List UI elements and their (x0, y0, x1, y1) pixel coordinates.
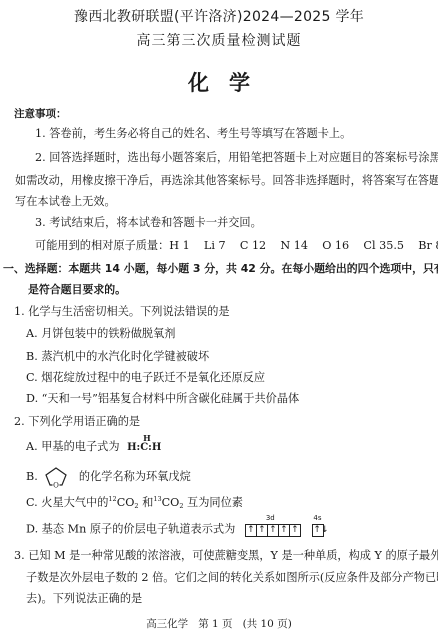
question-3-stem-cont: 子数是次外层电子数的 2 倍。它们之间的转化关系如图所示(反应条件及部分产物已略 (26, 571, 438, 585)
orbital-box: ↑↓ (312, 524, 324, 537)
svg-text:O: O (53, 482, 59, 489)
question-2-option-a: A. 甲基的电子式为 H H:C:H (26, 440, 161, 455)
question-2-option-b: B. O 的化学名称为环氧戊烷 (26, 466, 191, 488)
orbital-diagram-3d: 3d ↑↑↑↑↑ (245, 522, 301, 537)
question-1-option-c: C. 烟花绽放过程中的电子跃迁不是氧化还原反应 (26, 371, 265, 385)
question-3-stem: 3. 已知 M 是一种常见酸的浓溶液，可使蔗糖变黑，Y 是一种单质，构成 Y 的… (14, 549, 438, 563)
notice-item-3: 3. 考试结束后，将本试卷和答题卡一并交回。 (35, 216, 262, 230)
atomic-mass-label: 可能用到的相对原子质量： (35, 239, 169, 252)
page-footer: 高三化学 第 1 页 (共 10 页) (0, 617, 438, 631)
co-formula-1: CO (117, 496, 135, 509)
notice-item-2: 2. 回答选择题时，选出每小题答案后，用铅笔把答题卡上对应题目的答案标号涂黑。 (35, 151, 438, 165)
question-2-option-c: C. 火星大气中的12CO2 和13CO2 互为同位素 (26, 496, 243, 510)
isotope-12: 12 (108, 495, 116, 503)
option-c-and: 和 (139, 496, 154, 509)
atomic-mass-values: H 1 Li 7 C 12 N 14 O 16 Cl 35.5 Br 80 (169, 239, 438, 252)
tetrahydrofuran-ring-icon: O (43, 466, 69, 488)
orbital-box: ↑ (245, 524, 256, 537)
option-c-pre: C. 火星大气中的 (26, 496, 108, 509)
orbital-box: ↑ (289, 524, 301, 537)
orbital-diagram-4s: 4s ↑↓ (312, 522, 324, 537)
question-3-stem-end: 去)。下列说法正确的是 (26, 592, 142, 606)
co-formula-2: CO (162, 496, 180, 509)
exam-header-title: 豫西北教研联盟(平许洛济)2024—2025 学年 (0, 9, 438, 25)
question-2-option-d: D. 基态 Mn 原子的价层电子轨道表示式为 3d ↑↑↑↑↑ 4s ↑↓ (26, 522, 324, 537)
orbital-box: ↑ (256, 524, 267, 537)
subject-title: 化学 (0, 70, 438, 96)
question-1-option-d: D. “天和一号”铝基复合材料中所含碳化硅属于共价晶体 (26, 392, 299, 406)
notice-item-2-end: 写在本试卷上无效。 (15, 195, 116, 209)
question-2-stem: 2. 下列化学用语正确的是 (14, 415, 140, 429)
formula-top-h: H (143, 431, 151, 445)
orbital-3d-label: 3d (266, 511, 275, 525)
option-b-label: B. (26, 470, 38, 483)
question-1-option-a: A. 月饼包装中的铁粉做脱氧剂 (26, 327, 175, 341)
question-1-option-b: B. 蒸汽机中的水汽化时化学键被破坏 (26, 350, 209, 364)
notice-item-2-cont: 如需改动，用橡皮擦干净后，再选涂其他答案标号。回答非选择题时，将答案写在答题卡上… (15, 174, 438, 188)
isotope-13: 13 (153, 495, 161, 503)
question-1-stem: 1. 化学与生活密切相关。下列说法错误的是 (14, 305, 230, 319)
option-c-post: 互为同位素 (183, 496, 243, 509)
orbital-box: ↑ (267, 524, 278, 537)
notice-item-1: 1. 答卷前，考生务必将自己的姓名、考生号等填写在答题卡上。 (35, 127, 351, 141)
orbital-box: ↑ (278, 524, 289, 537)
atomic-mass-line: 可能用到的相对原子质量：H 1 Li 7 C 12 N 14 O 16 Cl 3… (35, 239, 438, 253)
notice-heading: 注意事项： (14, 107, 67, 121)
section-instructions: 一、选择题：本题共 14 小题，每小题 3 分，共 42 分。在每小题给出的四个… (3, 262, 438, 276)
section-instructions-cont: 是符合题目要求的。 (28, 283, 126, 297)
exam-subtitle: 高三第三次质量检测试题 (0, 33, 438, 49)
methyl-electron-formula: H H:C:H (127, 441, 161, 455)
orbital-4s-label: 4s (313, 511, 321, 525)
option-d-text: D. 基态 Mn 原子的价层电子轨道表示式为 (26, 523, 235, 536)
option-a-text: A. 甲基的电子式为 (26, 440, 120, 453)
option-b-text: 的化学名称为环氧戊烷 (79, 470, 191, 483)
